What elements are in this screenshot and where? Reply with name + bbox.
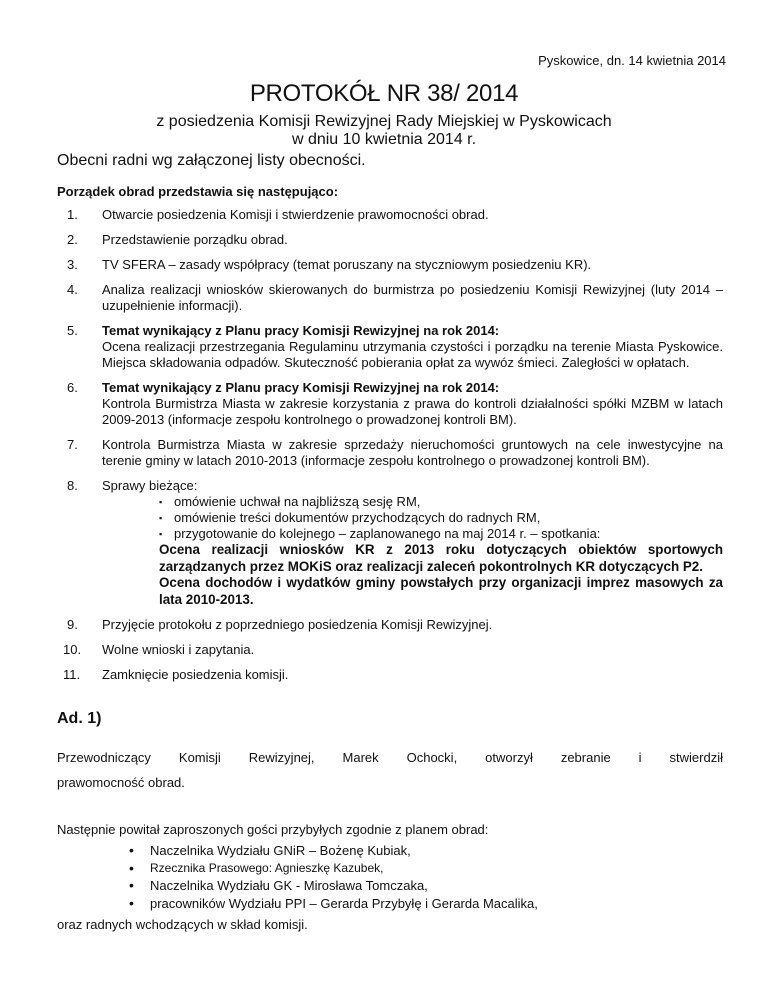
agenda-item-number: 10. [63,642,81,658]
meeting-topic: Ocena realizacji wniosków KR z 2013 roku… [102,542,723,575]
meeting-topic: Ocena dochodów i wydatków gminy powstały… [102,575,723,608]
opening-paragraph: Przewodniczący Komisji Rewizyjnej, Marek… [57,745,723,795]
document-subtitle: z posiedzenia Komisji Rewizyjnej Rady Mi… [0,113,768,149]
guest-item: Naczelnika Wydziału GK - Mirosława Tomcz… [57,877,723,895]
agenda-item-number: 2. [67,232,78,248]
agenda-item: 8. Sprawy bieżące: omówienie uchwał na n… [57,478,723,608]
agenda-item-number: 8. [67,478,78,494]
opening-paragraph-line-1: Przewodniczący Komisji Rewizyjnej, Marek… [57,745,723,770]
guests-intro: Następnie powitał zaproszonych gości prz… [57,822,723,837]
agenda-item: 3. TV SFERA – zasady współpracy (temat p… [57,257,723,273]
agenda-item-number: 5. [67,323,78,339]
guest-item: Naczelnika Wydziału GNiR – Bożenę Kubiak… [57,842,723,860]
document-title: PROTOKÓŁ NR 38/ 2014 [0,80,768,108]
agenda-item: 4. Analiza realizacji wniosków skierowan… [57,282,723,314]
agenda-item-topic: Temat wynikający z Planu pracy Komisji R… [102,323,723,339]
agenda-item-text: Ocena realizacji przestrzegania Regulami… [102,339,723,371]
agenda-item: 1. Otwarcie posiedzenia Komisji i stwier… [57,207,723,223]
agenda-item: 11. Zamknięcie posiedzenia komisji. [57,667,723,683]
agenda-item-number: 1. [67,207,78,223]
guest-item: Rzecznika Prasowego: Agnieszkę Kazubek, [57,860,723,878]
current-matter-item: przygotowanie do kolejnego – zaplanowane… [102,526,723,542]
closing-sentence: oraz radnych wchodzących w skład komisji… [57,917,308,932]
agenda-item-number: 6. [67,380,78,396]
agenda-item: 10. Wolne wnioski i zapytania. [57,642,723,658]
agenda-item: 2. Przedstawienie porządku obrad. [57,232,723,248]
agenda-heading: Porządek obrad przedstawia się następują… [57,184,338,199]
agenda-item: 9. Przyjęcie protokołu z poprzedniego po… [57,617,723,633]
agenda-item-text: Przyjęcie protokołu z poprzedniego posie… [102,617,723,633]
agenda-list: 1. Otwarcie posiedzenia Komisji i stwier… [57,207,723,692]
agenda-item-text: Przedstawienie porządku obrad. [102,232,723,248]
guest-item: pracowników Wydziału PPI – Gerarda Przyb… [57,895,723,913]
guests-list: Naczelnika Wydziału GNiR – Bożenę Kubiak… [57,842,723,912]
agenda-item: 6. Temat wynikający z Planu pracy Komisj… [57,380,723,428]
agenda-item-number: 4. [67,282,78,298]
current-matters-list: omówienie uchwał na najbliższą sesję RM,… [102,494,723,542]
agenda-item-text: Kontrola Burmistrza Miasta w zakresie ko… [102,396,723,428]
agenda-item-topic: Temat wynikający z Planu pracy Komisji R… [102,380,723,396]
agenda-item: 5. Temat wynikający z Planu pracy Komisj… [57,323,723,371]
attendance-note: Obecni radni wg załączonej listy obecnoś… [57,152,366,170]
opening-paragraph-line-2: prawomocność obrad. [57,775,185,790]
agenda-item-text: Zamknięcie posiedzenia komisji. [102,667,723,683]
agenda-item-text: Otwarcie posiedzenia Komisji i stwierdze… [102,207,723,223]
section-heading-ad1: Ad. 1) [57,710,101,728]
agenda-item-text: Analiza realizacji wniosków skierowanych… [102,282,723,314]
place-date: Pyskowice, dn. 14 kwietnia 2014 [538,53,726,68]
agenda-item-number: 11. [63,667,80,683]
agenda-item-number: 3. [67,257,78,273]
agenda-item-number: 7. [67,437,78,453]
agenda-item: 7. Kontrola Burmistrza Miasta w zakresie… [57,437,723,469]
agenda-item-text: TV SFERA – zasady współpracy (temat poru… [102,257,723,273]
current-matter-item: omówienie treści dokumentów przychodzący… [102,510,723,526]
agenda-item-number: 9. [67,617,78,633]
subtitle-line-2: w dniu 10 kwietnia 2014 r. [0,131,768,149]
current-matter-item: omówienie uchwał na najbliższą sesję RM, [102,494,723,510]
agenda-item-text: Wolne wnioski i zapytania. [102,642,723,658]
agenda-item-text: Sprawy bieżące: [102,478,723,494]
subtitle-line-1: z posiedzenia Komisji Rewizyjnej Rady Mi… [0,113,768,131]
agenda-item-text: Kontrola Burmistrza Miasta w zakresie sp… [102,437,723,469]
